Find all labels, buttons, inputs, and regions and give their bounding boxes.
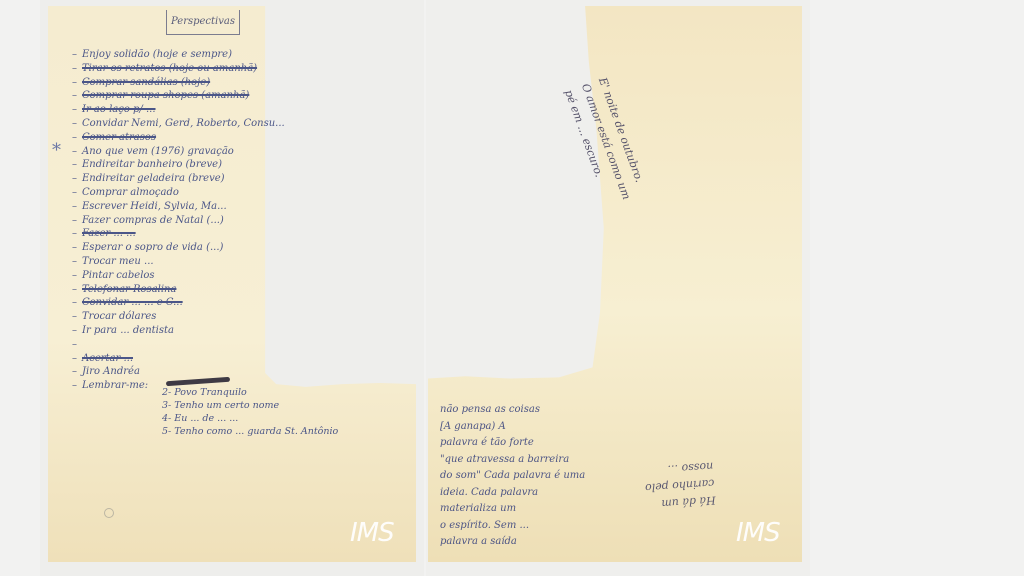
- note-line: "que atravessa a barreira: [440, 452, 585, 469]
- list-item: –Trocar meu ...: [72, 255, 285, 269]
- list-item: –Trocar dólares: [72, 310, 285, 324]
- note-line: [A ganapa) A: [440, 419, 585, 436]
- list-item: –Endireitar banheiro (breve): [72, 158, 285, 172]
- list-item: –Comprar sandálias (hoje): [72, 76, 285, 90]
- upside-down-note: Há dá um carinho pelo nosso ...: [643, 458, 716, 514]
- note-line: o espírito. Sem ...: [440, 518, 585, 535]
- list-item: –Escrever Heidi, Sylvia, Ma...: [72, 200, 285, 214]
- note-line: palavra a saída: [440, 534, 585, 551]
- circle-mark: [104, 508, 114, 518]
- list-item: –Ano que vem (1976) gravação: [72, 145, 285, 159]
- list-item: –Esperar o sopro de vida (...): [72, 241, 285, 255]
- list-item: –Comprar almoçado: [72, 186, 285, 200]
- list-item: –Ir ao laço p/ ...: [72, 103, 285, 117]
- list-item: –Convidar Nemi, Gerd, Roberto, Consu...: [72, 117, 285, 131]
- list-item: –Fazer compras de Natal (...): [72, 214, 285, 228]
- note-line: materializa um: [440, 501, 585, 518]
- list-item: –Endireitar geladeira (breve): [72, 172, 285, 186]
- note-line: não pensa as coisas: [440, 402, 585, 419]
- numbered-sublist: 2- Povo Tranquilo 3- Tenho um certo nome…: [162, 386, 338, 438]
- ims-watermark-right: IMS: [736, 518, 780, 548]
- sublist-item: 4- Eu ... de ... ...: [162, 412, 338, 425]
- list-item: –Pintar cabelos: [72, 269, 285, 283]
- note-line: palavra é tão forte: [440, 435, 585, 452]
- sublist-item: 2- Povo Tranquilo: [162, 386, 338, 399]
- note-line: do som" Cada palavra é uma: [440, 468, 585, 485]
- todo-list: –Enjoy solidão (hoje e sempre) –Tirar os…: [72, 48, 285, 393]
- list-item: –Ir para ... dentista: [72, 324, 285, 338]
- note-line: ideia. Cada palavra: [440, 485, 585, 502]
- prose-note: não pensa as coisas [A ganapa) A palavra…: [440, 402, 585, 551]
- asterisk-mark: *: [52, 140, 61, 161]
- list-item: –Convidar ... ... e C...: [72, 296, 285, 310]
- list-item: –Acertar ...: [72, 352, 285, 366]
- list-item: –Jiro Andréa: [72, 365, 285, 379]
- sublist-item: 3- Tenho um certo nome: [162, 399, 338, 412]
- list-item: –: [72, 338, 285, 352]
- sublist-item: 5- Tenho como ... guarda St. Antônio: [162, 425, 338, 438]
- list-item: –Tirar os retratos (hoje ou amanhã): [72, 62, 285, 76]
- list-item: –Comprar roupa shopes (amanhã): [72, 89, 285, 103]
- list-item: –Telefonar Rosalina: [72, 283, 285, 297]
- list-item: –Comer atrasos: [72, 131, 285, 145]
- ims-watermark-left: IMS: [350, 518, 394, 548]
- list-item: –Enjoy solidão (hoje e sempre): [72, 48, 285, 62]
- sheet-title: Perspectivas: [166, 10, 240, 35]
- list-item: –Fazer ... ...: [72, 227, 285, 241]
